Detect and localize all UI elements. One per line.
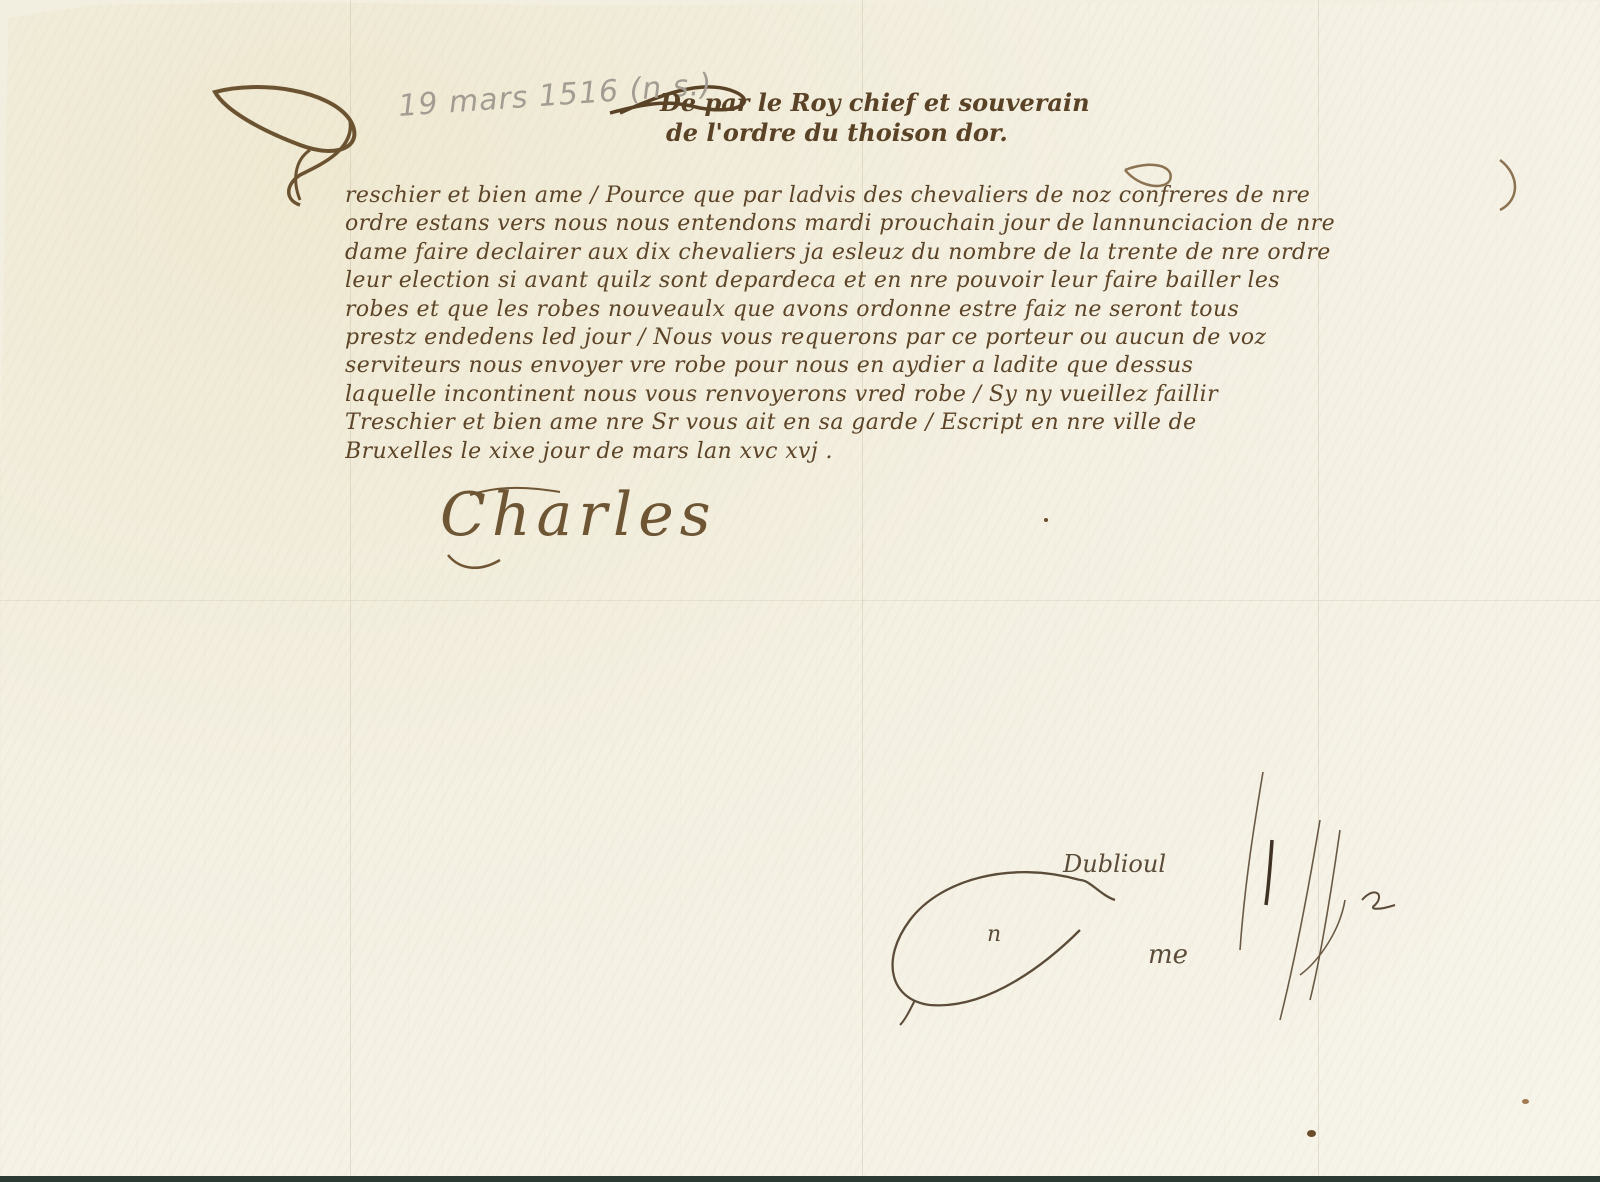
- body-line: leur election si avant quilz sont depard…: [345, 267, 1395, 295]
- body-line: robes et que les robes nouveaulx que avo…: [345, 296, 1395, 324]
- body-line: reschier et bien ame / Pource que par la…: [345, 182, 1395, 210]
- scan-border: [0, 1176, 1600, 1182]
- ink-spot: [1307, 1130, 1316, 1137]
- paper-fold-line: [1318, 0, 1319, 1176]
- signature-flourish-letter: n: [987, 922, 1001, 947]
- ink-spot: [1522, 1099, 1529, 1104]
- paper-fold-line: [862, 0, 863, 1176]
- letter-body: reschier et bien ame / Pource que par la…: [345, 182, 1395, 466]
- body-line: ordre estans vers nous nous entendons ma…: [345, 210, 1395, 238]
- heading-line-2: de l'ordre du thoison dor.: [660, 118, 1080, 148]
- ink-spot: [1044, 518, 1048, 522]
- body-line: Bruxelles le xixe jour de mars lan xvc x…: [345, 438, 1395, 466]
- body-line: Treschier et bien ame nre Sr vous ait en…: [345, 409, 1395, 437]
- manuscript-page: [0, 0, 1600, 1176]
- body-line: serviteurs nous envoyer vre robe pour no…: [345, 352, 1395, 380]
- paper-fold-line: [0, 600, 1600, 601]
- signature-secretary: Dublioul: [1063, 850, 1166, 878]
- signature-charles: Charles: [440, 480, 717, 550]
- paper-fold-line: [350, 0, 351, 1176]
- body-line: laquelle incontinent nous vous renvoyero…: [345, 381, 1395, 409]
- secretary-mark: me: [1148, 940, 1188, 970]
- heading-line-1: De par le Roy chief et souverain: [660, 88, 1080, 118]
- body-line: dame faire declairer aux dix chevaliers …: [345, 239, 1395, 267]
- letter-heading: De par le Roy chief et souverain de l'or…: [660, 88, 1080, 148]
- body-line: prestz endedens led jour / Nous vous req…: [345, 324, 1395, 352]
